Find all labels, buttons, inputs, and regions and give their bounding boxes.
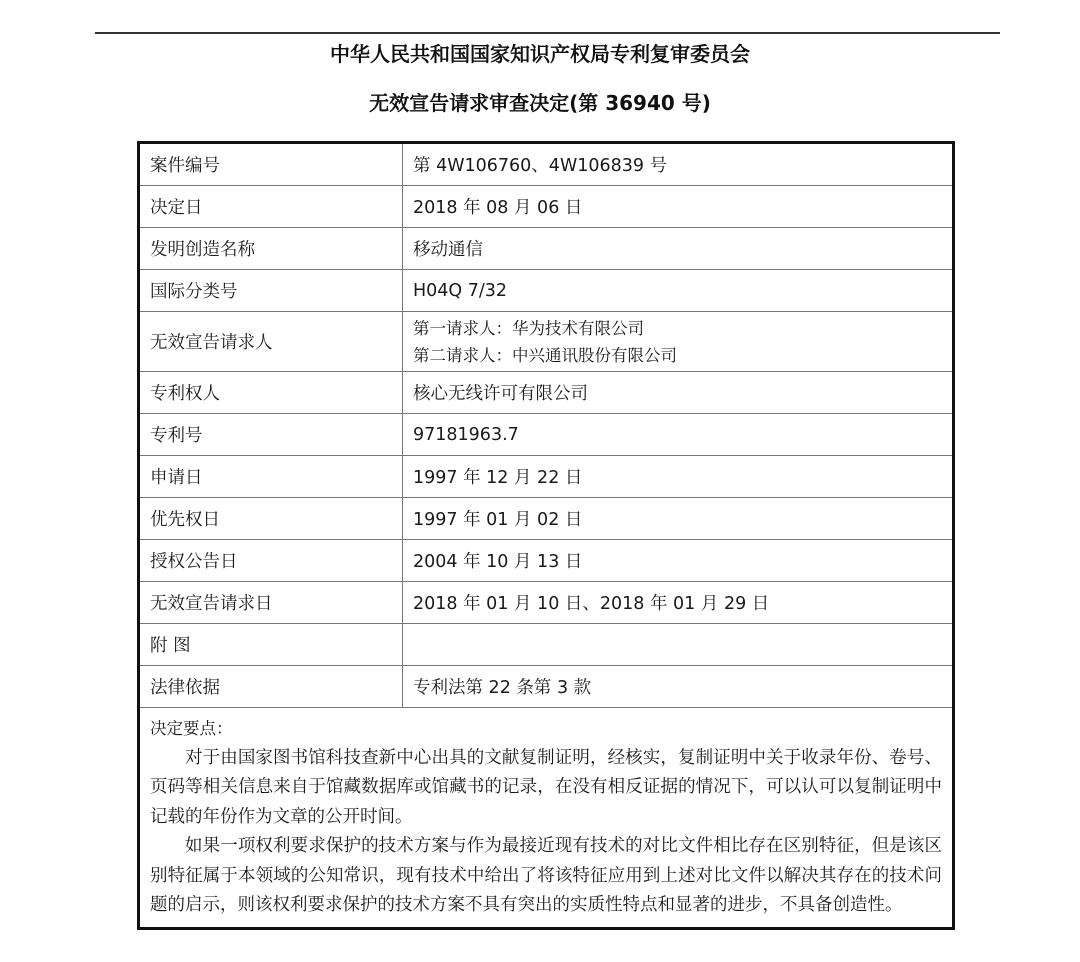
- row-label: 发明创造名称: [139, 228, 403, 270]
- row-value: [403, 624, 954, 666]
- petitioner-2: 第二请求人：中兴通讯股份有限公司: [413, 342, 952, 369]
- decision-summary: 决定要点： 对于由国家图书馆科技查新中心出具的文献复制证明，经核实，复制证明中关…: [139, 708, 954, 929]
- organization-title: 中华人民共和国国家知识产权局专利复审委员会: [0, 38, 1080, 67]
- row-value: 1997 年 01 月 02 日: [403, 498, 954, 540]
- table-row-summary: 决定要点： 对于由国家图书馆科技查新中心出具的文献复制证明，经核实，复制证明中关…: [139, 708, 954, 929]
- row-value: 第 4W106760、4W106839 号: [403, 143, 954, 186]
- row-label: 法律依据: [139, 666, 403, 708]
- table-row-figures: 附 图: [139, 624, 954, 666]
- row-value: 移动通信: [403, 228, 954, 270]
- table-row-patentee: 专利权人 核心无线许可有限公司: [139, 372, 954, 414]
- table-row-decision-date: 决定日 2018 年 08 月 06 日: [139, 186, 954, 228]
- row-label: 案件编号: [139, 143, 403, 186]
- row-value: 专利法第 22 条第 3 款: [403, 666, 954, 708]
- summary-paragraph-2: 如果一项权利要求保护的技术方案与作为最接近现有技术的对比文件相比存在区别特征，但…: [150, 832, 942, 921]
- row-label: 专利号: [139, 414, 403, 456]
- table-row-request-date: 无效宣告请求日 2018 年 01 月 10 日、2018 年 01 月 29 …: [139, 582, 954, 624]
- header-rule: [95, 32, 1000, 34]
- table-row-priority-date: 优先权日 1997 年 01 月 02 日: [139, 498, 954, 540]
- row-label: 专利权人: [139, 372, 403, 414]
- table-row-ipc: 国际分类号 H04Q 7/32: [139, 270, 954, 312]
- row-value: 2018 年 01 月 10 日、2018 年 01 月 29 日: [403, 582, 954, 624]
- row-value: 97181963.7: [403, 414, 954, 456]
- row-label: 国际分类号: [139, 270, 403, 312]
- row-value: 核心无线许可有限公司: [403, 372, 954, 414]
- petitioner-1: 第一请求人：华为技术有限公司: [413, 315, 952, 342]
- table-row-case-number: 案件编号 第 4W106760、4W106839 号: [139, 143, 954, 186]
- table-row-application-date: 申请日 1997 年 12 月 22 日: [139, 456, 954, 498]
- row-value: H04Q 7/32: [403, 270, 954, 312]
- table-row-legal-basis: 法律依据 专利法第 22 条第 3 款: [139, 666, 954, 708]
- row-label: 无效宣告请求人: [139, 312, 403, 372]
- row-label: 申请日: [139, 456, 403, 498]
- table-row-grant-date: 授权公告日 2004 年 10 月 13 日: [139, 540, 954, 582]
- table-row-petitioners: 无效宣告请求人 第一请求人：华为技术有限公司 第二请求人：中兴通讯股份有限公司: [139, 312, 954, 372]
- table-row-patent-number: 专利号 97181963.7: [139, 414, 954, 456]
- row-value: 第一请求人：华为技术有限公司 第二请求人：中兴通讯股份有限公司: [403, 312, 954, 372]
- row-label: 授权公告日: [139, 540, 403, 582]
- row-value: 1997 年 12 月 22 日: [403, 456, 954, 498]
- row-value: 2018 年 08 月 06 日: [403, 186, 954, 228]
- row-label: 优先权日: [139, 498, 403, 540]
- summary-heading: 决定要点：: [150, 714, 942, 744]
- table-row-invention-name: 发明创造名称 移动通信: [139, 228, 954, 270]
- row-label: 附 图: [139, 624, 403, 666]
- summary-paragraph-1: 对于由国家图书馆科技查新中心出具的文献复制证明，经核实，复制证明中关于收录年份、…: [150, 744, 942, 833]
- case-info-table: 案件编号 第 4W106760、4W106839 号 决定日 2018 年 08…: [137, 141, 955, 930]
- row-value: 2004 年 10 月 13 日: [403, 540, 954, 582]
- row-label: 无效宣告请求日: [139, 582, 403, 624]
- document-title: 无效宣告请求审查决定(第 36940 号): [0, 87, 1080, 116]
- row-label: 决定日: [139, 186, 403, 228]
